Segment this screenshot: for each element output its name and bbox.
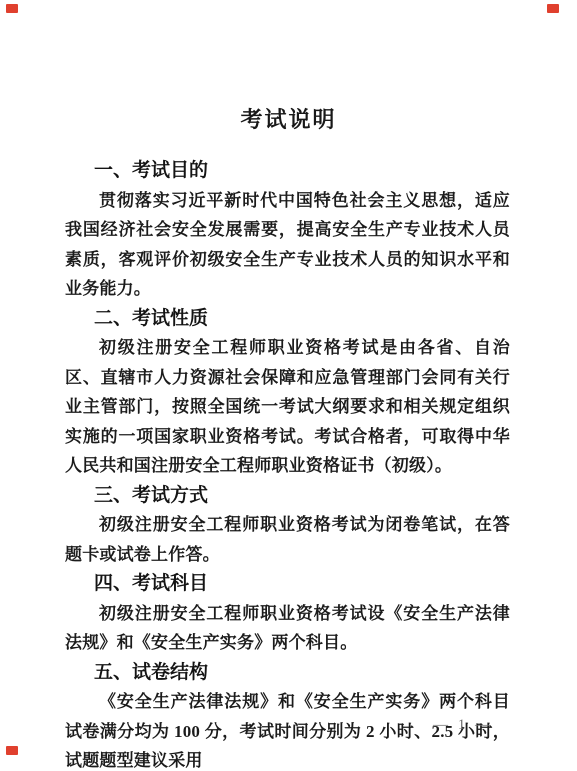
section-exam-method: 三、考试方式 初级注册安全工程师职业资格考试为闭卷笔试，在答题卡或试卷上作答。: [65, 481, 510, 570]
page-number: — 1 —: [408, 717, 518, 734]
document-title: 考试说明: [0, 103, 577, 134]
section-paragraph: 贯彻落实习近平新时代中国特色社会主义思想，适应我国经济社会安全发展需要，提高安全…: [65, 186, 510, 304]
section-paper-structure: 五、试卷结构 《安全生产法律法规》和《安全生产实务》两个科目试卷满分均为 100…: [65, 658, 510, 771]
document-body: 一、考试目的 贯彻落实习近平新时代中国特色社会主义思想，适应我国经济社会安全发展…: [65, 156, 510, 771]
section-exam-nature: 二、考试性质 初级注册安全工程师职业资格考试是由各省、自治区、直辖市人力资源社会…: [65, 304, 510, 481]
document-page: 考试说明 一、考试目的 贯彻落实习近平新时代中国特色社会主义思想，适应我国经济社…: [0, 0, 577, 771]
corner-registration-mark-top-left: [6, 4, 18, 13]
section-paragraph: 初级注册安全工程师职业资格考试是由各省、自治区、直辖市人力资源社会保障和应急管理…: [65, 333, 510, 481]
section-exam-subjects: 四、考试科目 初级注册安全工程师职业资格考试设《安全生产法律法规》和《安全生产实…: [65, 569, 510, 658]
section-heading: 五、试卷结构: [65, 658, 510, 688]
corner-registration-mark-bottom-left: [6, 746, 18, 755]
section-paragraph: 初级注册安全工程师职业资格考试为闭卷笔试，在答题卡或试卷上作答。: [65, 510, 510, 569]
section-heading: 二、考试性质: [65, 304, 510, 334]
corner-registration-mark-top-right: [547, 4, 559, 13]
section-heading: 一、考试目的: [65, 156, 510, 186]
section-heading: 四、考试科目: [65, 569, 510, 599]
section-heading: 三、考试方式: [65, 481, 510, 511]
section-paragraph: 初级注册安全工程师职业资格考试设《安全生产法律法规》和《安全生产实务》两个科目。: [65, 599, 510, 658]
section-exam-purpose: 一、考试目的 贯彻落实习近平新时代中国特色社会主义思想，适应我国经济社会安全发展…: [65, 156, 510, 304]
